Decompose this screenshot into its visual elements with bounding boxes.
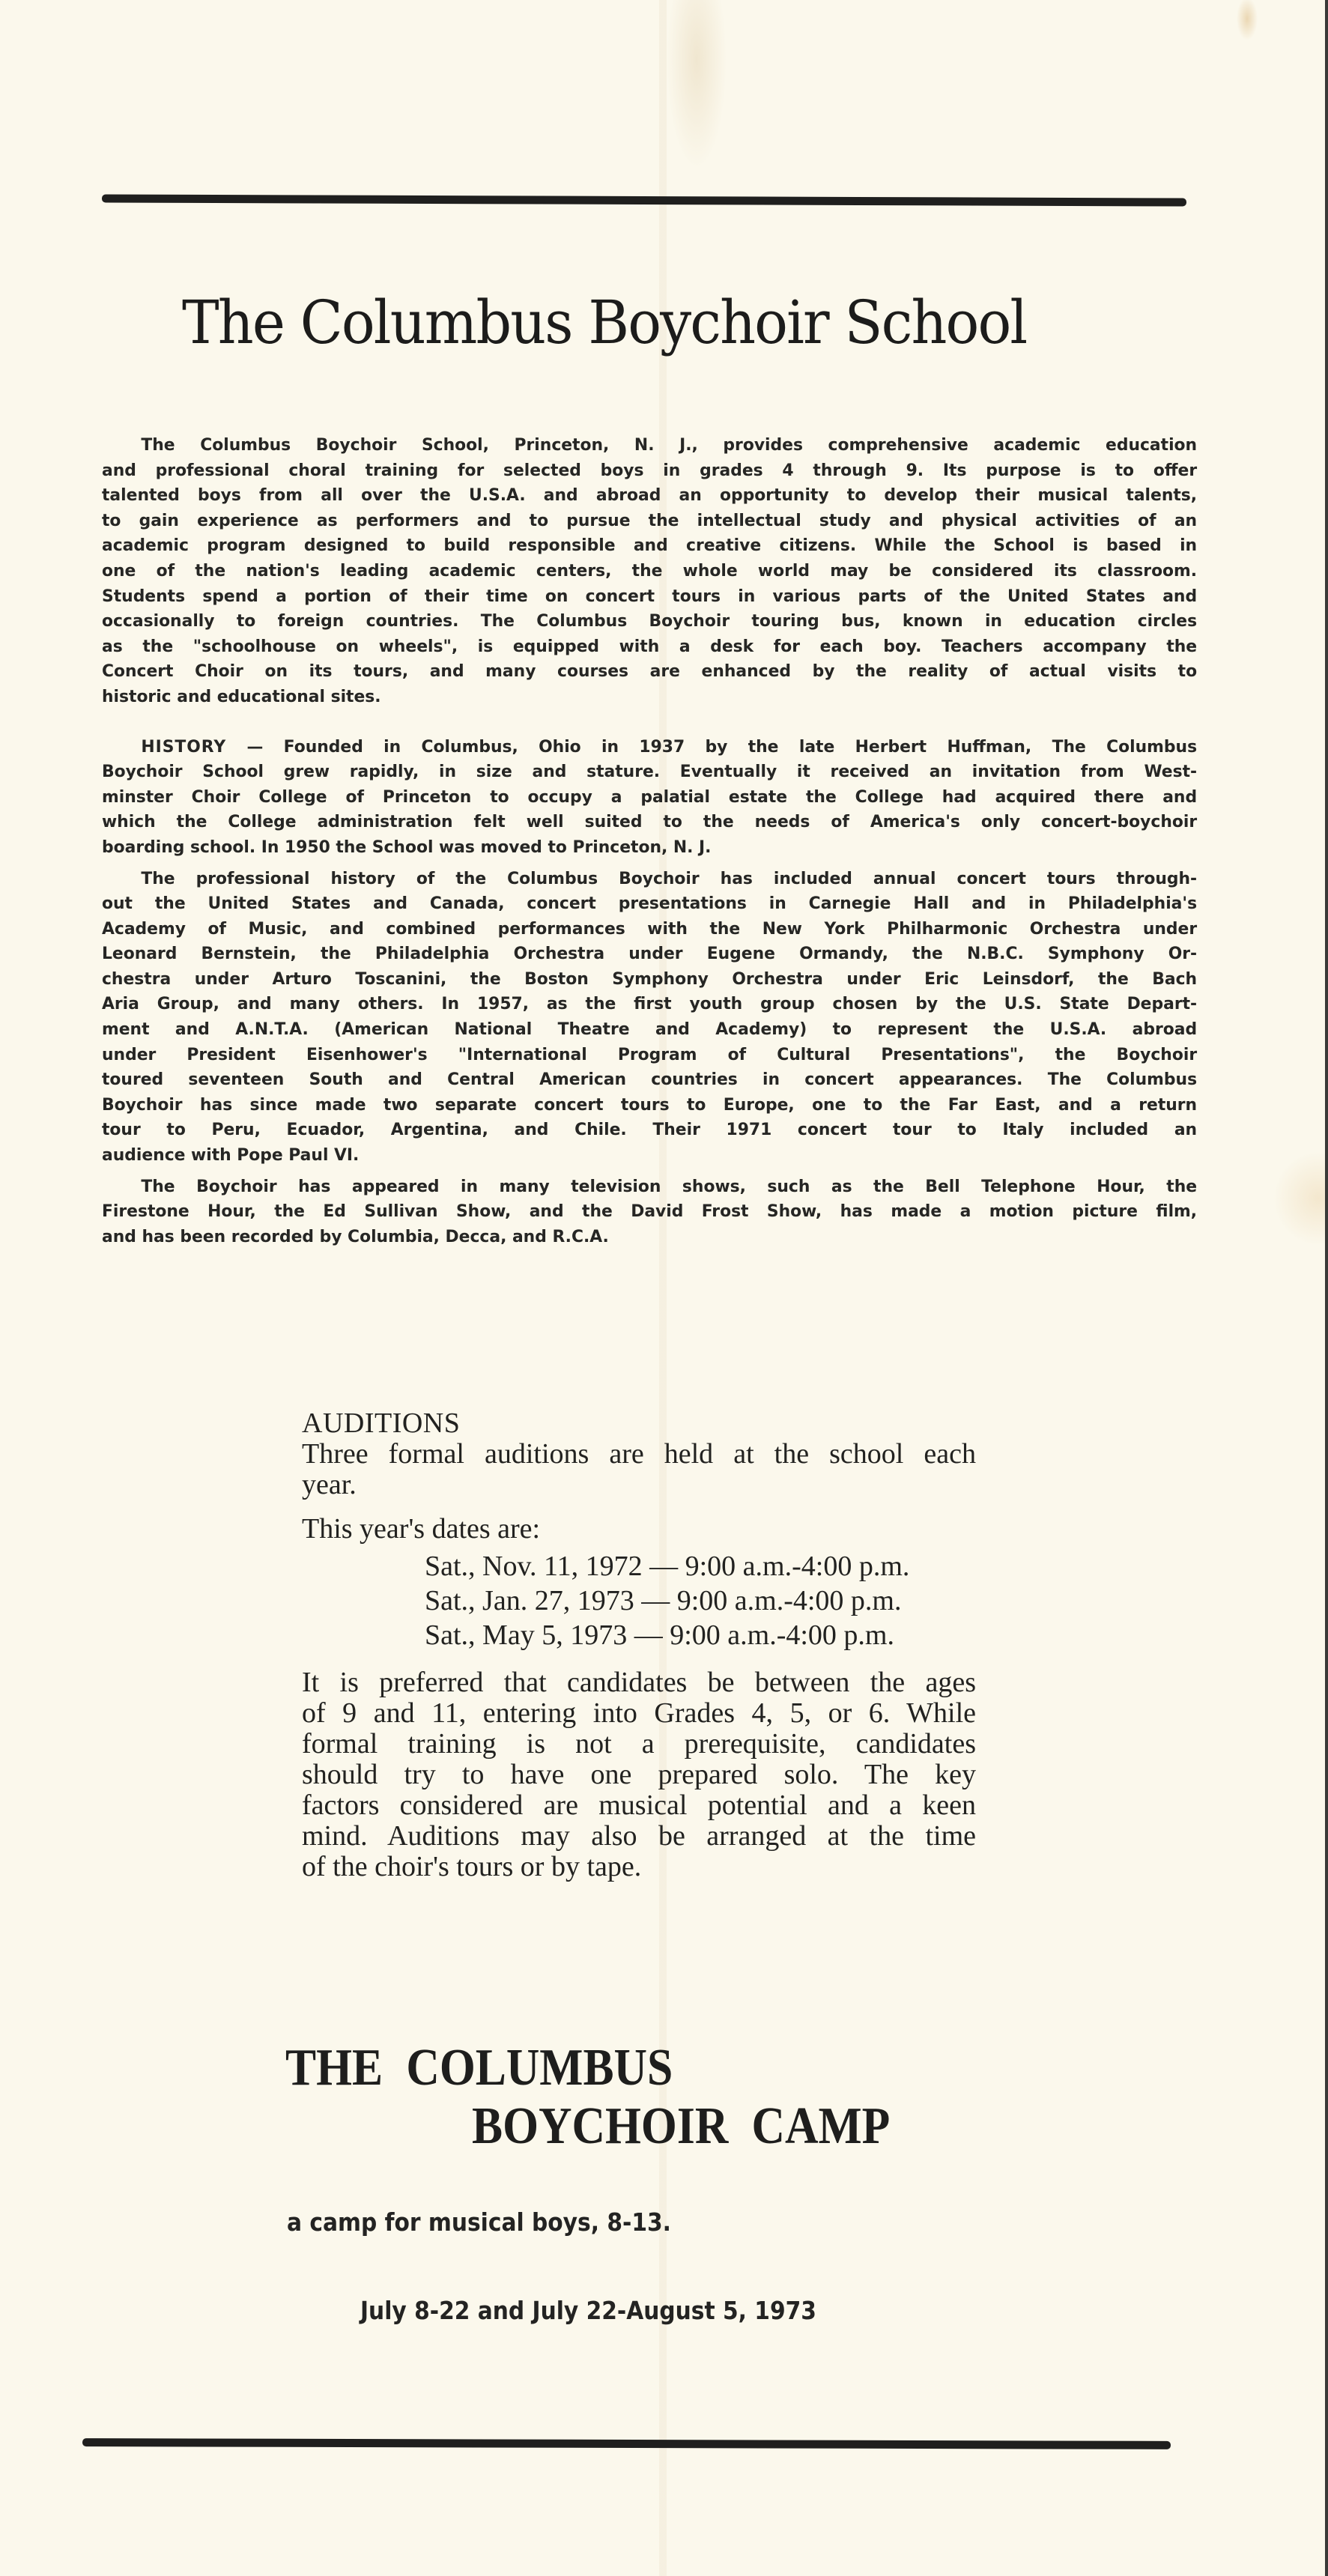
text-line: minster Choir College of Princeton to oc… <box>102 785 1197 810</box>
text-line: Firestone Hour, the Ed Sullivan Show, an… <box>102 1199 1197 1225</box>
text-line: Students spend a portion of their time o… <box>102 584 1197 610</box>
text-line: toured seventeen South and Central Ameri… <box>102 1067 1197 1093</box>
text-line: which the College administration felt we… <box>102 810 1197 835</box>
text-line: The Columbus Boychoir School, Princeton,… <box>102 433 1197 458</box>
text-line: Leonard Bernstein, the Philadelphia Orch… <box>102 942 1197 967</box>
text-line: audience with Pope Paul VI. <box>102 1143 1197 1169</box>
page-edge <box>1325 0 1328 2576</box>
text-line: Boychoir School grew rapidly, in size an… <box>102 760 1197 785</box>
history-paragraph: HISTORY — Founded in Columbus, Ohio in 1… <box>102 735 1197 861</box>
camp-dates: July 8-22 and July 22-August 5, 1973 <box>360 2294 816 2327</box>
text-line: ment and A.N.T.A. (American National The… <box>102 1017 1197 1043</box>
text-line: Three formal auditions are held at the s… <box>302 1439 976 1470</box>
school-description: The Columbus Boychoir School, Princeton,… <box>102 433 1197 1249</box>
text-line: Academy of Music, and combined performan… <box>102 917 1197 942</box>
text-line: formal training is not a prerequisite, c… <box>302 1729 976 1760</box>
text-line: Boychoir has since made two separate con… <box>102 1093 1197 1118</box>
text-line: Aria Group, and many others. In 1957, as… <box>102 992 1197 1017</box>
text-line: tour to Peru, Ecuador, Argentina, and Ch… <box>102 1118 1197 1143</box>
history-heading: HISTORY <box>141 737 226 757</box>
text-line: should try to have one prepared solo. Th… <box>302 1760 976 1790</box>
dates-intro: This year's dates are: <box>302 1514 976 1545</box>
text-line: and has been recorded by Columbia, Decca… <box>102 1225 1197 1250</box>
audition-date: Sat., Nov. 11, 1972 — 9:00 a.m.-4:00 p.m… <box>302 1549 976 1584</box>
audition-date: Sat., Jan. 27, 1973 — 9:00 a.m.-4:00 p.m… <box>302 1584 976 1618</box>
text-line: Concert Choir on its tours, and many cou… <box>102 659 1197 685</box>
text-line: year. <box>302 1470 976 1500</box>
professional-history-paragraph: The professional history of the Columbus… <box>102 867 1197 1169</box>
camp-title-line-1: THE COLUMBUS <box>285 2039 945 2097</box>
camp-subtitle: a camp for musical boys, 8-13. <box>287 2206 671 2239</box>
text-line: as the "schoolhouse on wheels", is equip… <box>102 634 1197 660</box>
television-paragraph: The Boychoir has appeared in many televi… <box>102 1175 1197 1250</box>
text-line: It is preferred that candidates be betwe… <box>302 1667 976 1698</box>
text-line: historic and educational sites. <box>102 685 1197 710</box>
audition-requirements: It is preferred that candidates be betwe… <box>302 1667 976 1882</box>
camp-title: THE COLUMBUS BOYCHOIR CAMP <box>285 2039 1034 2156</box>
audition-date: Sat., May 5, 1973 — 9:00 a.m.-4:00 p.m. <box>302 1618 976 1652</box>
text-line: academic program designed to build respo… <box>102 533 1197 559</box>
text-line: mind. Auditions may also be arranged at … <box>302 1821 976 1852</box>
text-line: under President Eisenhower's "Internatio… <box>102 1043 1197 1068</box>
text-line: The Boychoir has appeared in many televi… <box>102 1175 1197 1200</box>
camp-title-line-2: BOYCHOIR CAMP <box>285 2097 945 2156</box>
text-line: occasionally to foreign countries. The C… <box>102 609 1197 634</box>
auditions-heading: AUDITIONS <box>302 1408 976 1439</box>
auditions-section: AUDITIONS Three formal auditions are hel… <box>302 1408 976 1882</box>
text-line: talented boys from all over the U.S.A. a… <box>102 483 1197 509</box>
text-line: The professional history of the Columbus… <box>102 867 1197 892</box>
text-line: boarding school. In 1950 the School was … <box>102 835 1197 861</box>
text-line: one of the nation's leading academic cen… <box>102 559 1197 584</box>
text-line: of 9 and 11, entering into Grades 4, 5, … <box>302 1698 976 1729</box>
text-line: HISTORY — Founded in Columbus, Ohio in 1… <box>102 735 1197 760</box>
text-line: out the United States and Canada, concer… <box>102 891 1197 917</box>
text-line: and professional choral training for sel… <box>102 458 1197 484</box>
page-title: The Columbus Boychoir School <box>182 282 997 364</box>
text-line: chestra under Arturo Toscanini, the Bost… <box>102 967 1197 992</box>
intro-paragraph: The Columbus Boychoir School, Princeton,… <box>102 433 1197 710</box>
text-line: factors considered are musical potential… <box>302 1790 976 1821</box>
history-first-line: — Founded in Columbus, Ohio in 1937 by t… <box>226 737 1197 757</box>
paper-background <box>0 0 1328 2576</box>
text-line: to gain experience as performers and to … <box>102 509 1197 534</box>
text-line: of the choir's tours or by tape. <box>302 1852 976 1882</box>
